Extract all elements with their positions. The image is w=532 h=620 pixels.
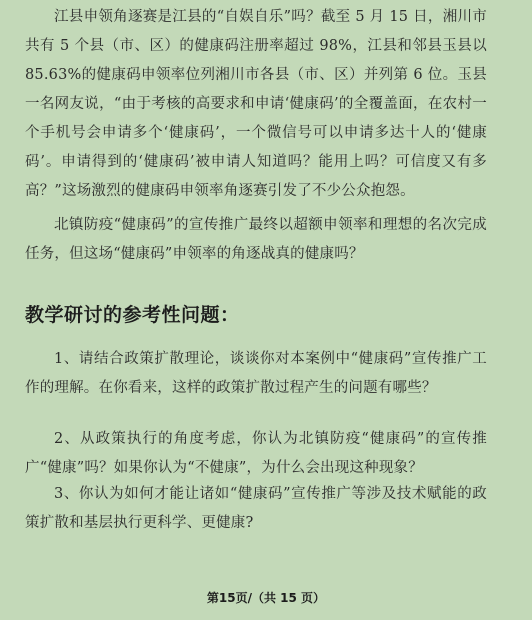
paragraph-county-competition: 江县申领角逐赛是江县的“自娱自乐”吗？截至 5 月 15 日，湘川市共有 5 个…: [25, 3, 487, 206]
paragraph-conclusion: 北镇防疫“健康码”的宣传推广最终以超额申领率和理想的名次完成任务，但这场“健康码…: [25, 211, 487, 269]
question-2: 2、从政策执行的角度考虑，你认为北镇防疫“健康码”的宣传推广“健康”吗？如果你认…: [25, 425, 487, 483]
section-heading: 教学研讨的参考性问题：: [25, 300, 240, 327]
question-3: 3、你认为如何才能让诸如“健康码”宣传推广等涉及技术赋能的政策扩散和基层执行更科…: [25, 480, 487, 538]
question-1: 1、请结合政策扩散理论，谈谈你对本案例中“健康码”宣传推广工作的理解。在你看来，…: [25, 345, 487, 403]
page-number-footer: 第15页/（共 15 页）: [0, 589, 532, 606]
